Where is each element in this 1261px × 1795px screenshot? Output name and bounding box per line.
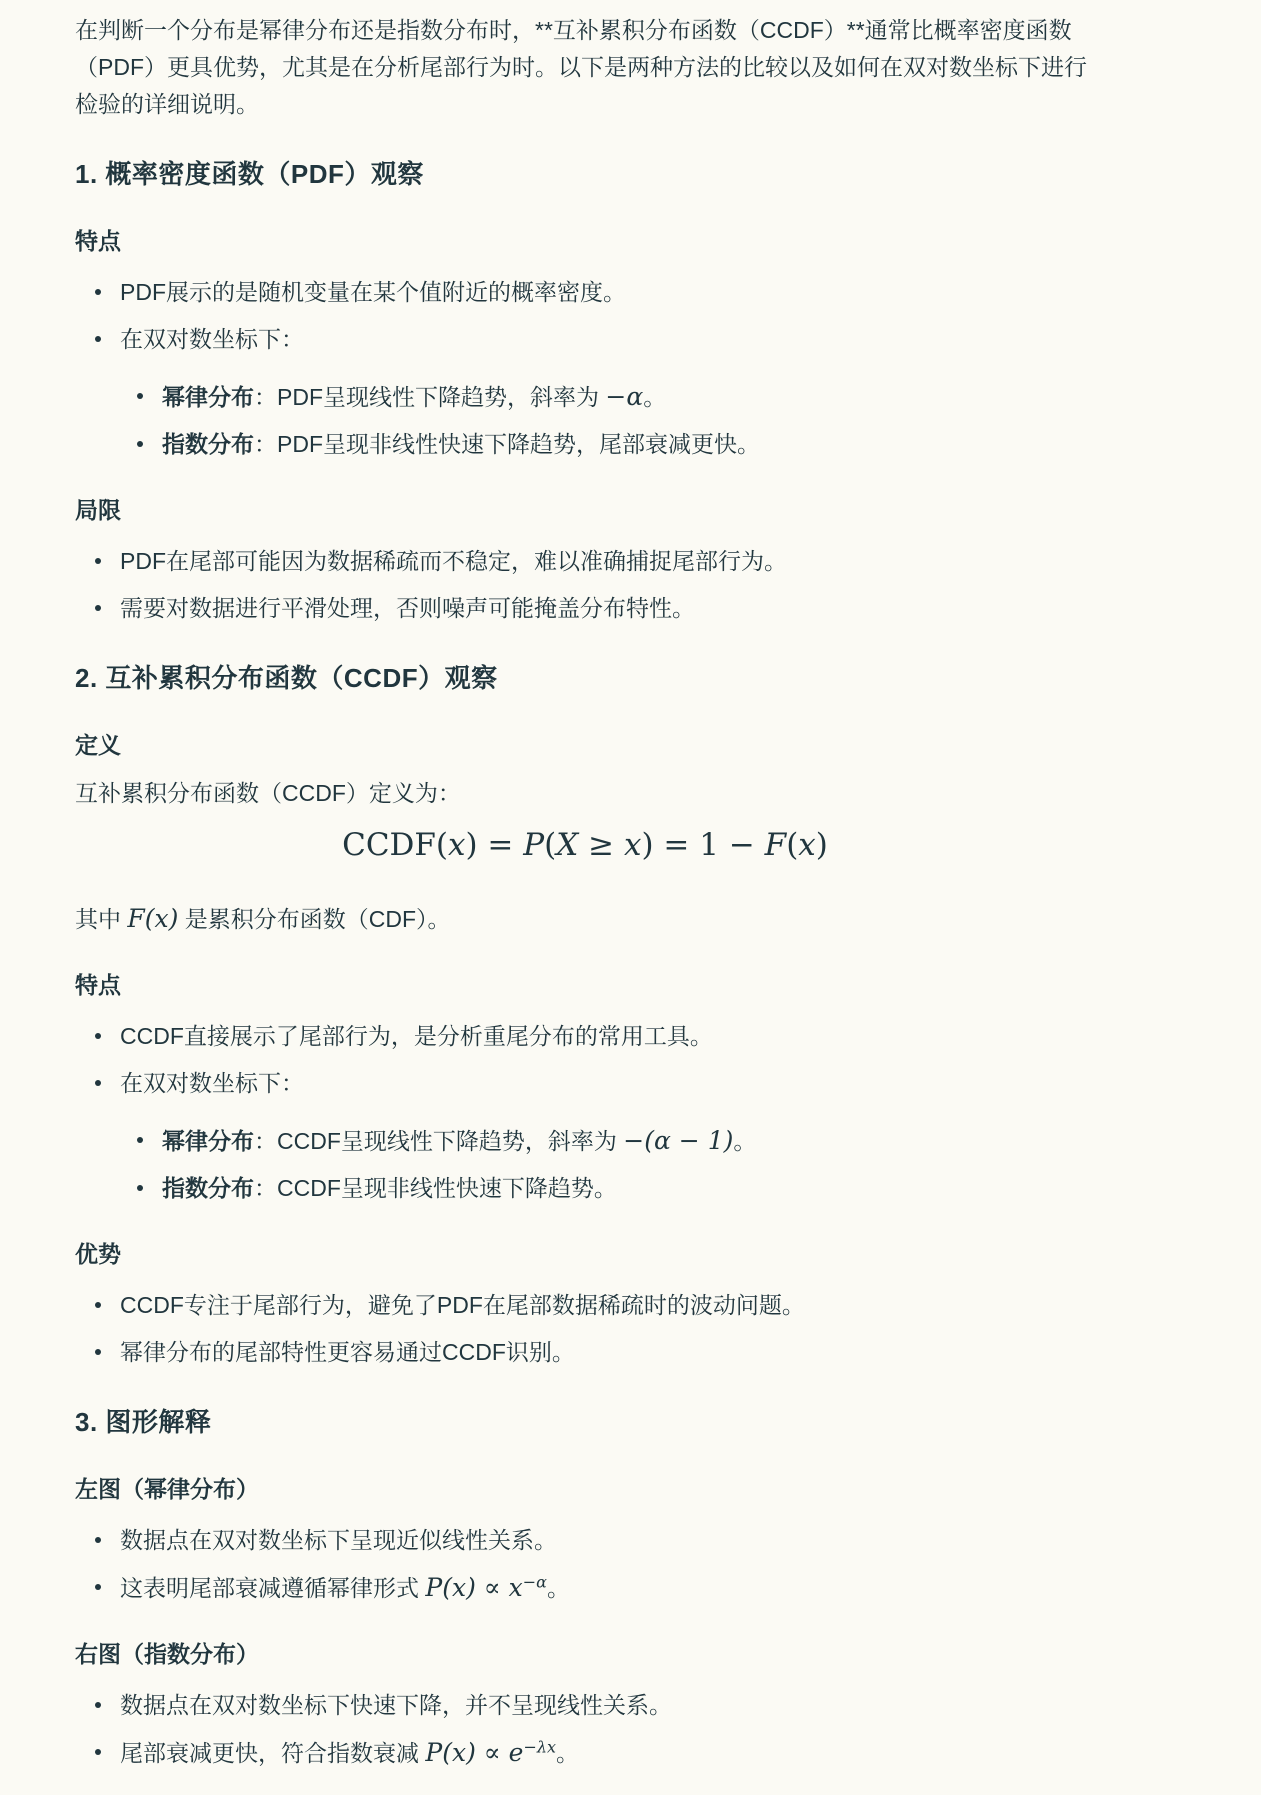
list-item: 这表明尾部衰减遵循幂律形式 P(x) ∝ x−α。 bbox=[120, 1569, 1095, 1607]
list-item-text: CCDF直接展示了尾部行为，是分析重尾分布的常用工具。 bbox=[120, 1023, 713, 1049]
list-item: CCDF直接展示了尾部行为，是分析重尾分布的常用工具。 bbox=[120, 1018, 1095, 1055]
list-item: 幂律分布：PDF呈现线性下降趋势，斜率为 −α。 bbox=[162, 378, 1095, 416]
list-item-text: 尾部衰减更快，符合指数衰减 bbox=[120, 1740, 425, 1766]
section3-right-list: 数据点在双对数坐标下快速下降，并不呈现线性关系。 尾部衰减更快，符合指数衰减 P… bbox=[75, 1687, 1095, 1772]
list-item-text: CCDF呈现线性下降趋势，斜率为 bbox=[277, 1128, 623, 1154]
list-item-text: PDF在尾部可能因为数据稀疏而不稳定，难以准确捕捉尾部行为。 bbox=[120, 548, 787, 574]
list-item-text: 幂律分布的尾部特性更容易通过CCDF识别。 bbox=[120, 1339, 575, 1365]
list-item-text: 。 bbox=[643, 384, 666, 410]
term-bold: 幂律分布 bbox=[162, 1128, 254, 1154]
section3-left-list: 数据点在双对数坐标下呈现近似线性关系。 这表明尾部衰减遵循幂律形式 P(x) ∝… bbox=[75, 1522, 1095, 1607]
list-item-text: CCDF呈现非线性快速下降趋势。 bbox=[277, 1175, 617, 1201]
section1-features-title: 特点 bbox=[75, 226, 1095, 257]
intro-paragraph: 在判断一个分布是幂律分布还是指数分布时，**互补累积分布函数（CCDF）**通常… bbox=[75, 12, 1095, 123]
formula-segment: x bbox=[798, 827, 815, 863]
list-item-text: 这表明尾部衰减遵循幂律形式 bbox=[120, 1575, 425, 1601]
term-bold: 幂律分布 bbox=[162, 384, 254, 410]
list-item: PDF展示的是随机变量在某个值附近的概率密度。 bbox=[120, 274, 1095, 311]
section1-limits-list: PDF在尾部可能因为数据稀疏而不稳定，难以准确捕捉尾部行为。 需要对数据进行平滑… bbox=[75, 543, 1095, 627]
section1-heading: 1. 概率密度函数（PDF）观察 bbox=[75, 155, 1095, 194]
list-item: 数据点在双对数坐标下快速下降，并不呈现线性关系。 bbox=[120, 1687, 1095, 1724]
inline-math: P(x) ∝ e bbox=[425, 1738, 523, 1767]
list-item: 尾部衰减更快，符合指数衰减 P(x) ∝ e−λx。 bbox=[120, 1734, 1095, 1772]
list-item: 指数分布：CCDF呈现非线性快速下降趋势。 bbox=[162, 1170, 1095, 1207]
list-item-text: PDF呈现非线性快速下降趋势，尾部衰减更快。 bbox=[277, 431, 760, 457]
nested-list: 幂律分布：CCDF呈现线性下降趋势，斜率为 −(α − 1)。 指数分布：CCD… bbox=[120, 1122, 1095, 1207]
section3-right-title: 右图（指数分布） bbox=[75, 1639, 1095, 1670]
formula-segment: x bbox=[624, 827, 641, 863]
answer-document: 在判断一个分布是幂律分布还是指数分布时，**互补累积分布函数（CCDF）**通常… bbox=[0, 0, 1261, 1772]
formula-segment: ) bbox=[816, 827, 828, 863]
term-colon: ： bbox=[254, 1128, 277, 1154]
formula-segment: P bbox=[523, 827, 544, 863]
formula-segment: X bbox=[556, 827, 578, 863]
list-item: 幂律分布：CCDF呈现线性下降趋势，斜率为 −(α − 1)。 bbox=[162, 1122, 1095, 1160]
section1-features-list: PDF展示的是随机变量在某个值附近的概率密度。 在双对数坐标下： 幂律分布：PD… bbox=[75, 274, 1095, 463]
inline-math: −α bbox=[605, 382, 643, 411]
section3-left-title: 左图（幂律分布） bbox=[75, 1474, 1095, 1505]
section2-advantages-title: 优势 bbox=[75, 1239, 1095, 1270]
cdf-note: 其中 F(x) 是累积分布函数（CDF）。 bbox=[75, 900, 1095, 938]
term-bold: 指数分布 bbox=[162, 1175, 254, 1201]
list-item-text: 数据点在双对数坐标下快速下降，并不呈现线性关系。 bbox=[120, 1692, 672, 1718]
list-item-text: 在双对数坐标下： bbox=[120, 1070, 304, 1096]
section2-definition-title: 定义 bbox=[75, 730, 1095, 761]
term-colon: ： bbox=[254, 384, 277, 410]
list-item-text: 在双对数坐标下： bbox=[120, 326, 304, 352]
formula-segment: ( bbox=[786, 827, 798, 863]
list-item-text: 需要对数据进行平滑处理，否则噪声可能掩盖分布特性。 bbox=[120, 595, 695, 621]
note-text: 是累积分布函数（CDF）。 bbox=[178, 906, 450, 932]
term-colon: ： bbox=[254, 431, 277, 457]
math-superscript: −λx bbox=[523, 1737, 556, 1756]
formula-segment: CCDF( bbox=[342, 827, 448, 863]
list-item: 在双对数坐标下： 幂律分布：PDF呈现线性下降趋势，斜率为 −α。 指数分布：P… bbox=[120, 321, 1095, 463]
section3-heading: 3. 图形解释 bbox=[75, 1403, 1095, 1442]
ccdf-display-formula: CCDF(x) = P(X ≥ x) = 1 − F(x) bbox=[75, 820, 1095, 870]
formula-segment: x bbox=[448, 827, 465, 863]
math-superscript: −α bbox=[523, 1572, 547, 1591]
list-item-text: CCDF专注于尾部行为，避免了PDF在尾部数据稀疏时的波动问题。 bbox=[120, 1292, 805, 1318]
formula-segment: ≥ bbox=[578, 827, 624, 863]
list-item: PDF在尾部可能因为数据稀疏而不稳定，难以准确捕捉尾部行为。 bbox=[120, 543, 1095, 580]
nested-list: 幂律分布：PDF呈现线性下降趋势，斜率为 −α。 指数分布：PDF呈现非线性快速… bbox=[120, 378, 1095, 463]
section2-features-list: CCDF直接展示了尾部行为，是分析重尾分布的常用工具。 在双对数坐标下： 幂律分… bbox=[75, 1018, 1095, 1207]
list-item-text: 。 bbox=[556, 1740, 579, 1766]
list-item-text: PDF展示的是随机变量在某个值附近的概率密度。 bbox=[120, 279, 626, 305]
list-item-text: 。 bbox=[733, 1128, 756, 1154]
formula-segment: ( bbox=[544, 827, 556, 863]
section2-advantages-list: CCDF专注于尾部行为，避免了PDF在尾部数据稀疏时的波动问题。 幂律分布的尾部… bbox=[75, 1287, 1095, 1371]
term-bold: 指数分布 bbox=[162, 431, 254, 457]
formula-segment: ) = bbox=[465, 827, 523, 863]
term-colon: ： bbox=[254, 1175, 277, 1201]
inline-math: F(x) bbox=[127, 904, 178, 933]
list-item: 需要对数据进行平滑处理，否则噪声可能掩盖分布特性。 bbox=[120, 590, 1095, 627]
section1-limits-title: 局限 bbox=[75, 495, 1095, 526]
section2-heading: 2. 互补累积分布函数（CCDF）观察 bbox=[75, 659, 1095, 698]
list-item: 在双对数坐标下： 幂律分布：CCDF呈现线性下降趋势，斜率为 −(α − 1)。… bbox=[120, 1065, 1095, 1207]
list-item: 指数分布：PDF呈现非线性快速下降趋势，尾部衰减更快。 bbox=[162, 426, 1095, 463]
definition-lead: 互补累积分布函数（CCDF）定义为： bbox=[75, 775, 1095, 812]
formula-segment: F bbox=[765, 827, 787, 863]
inline-math: P(x) ∝ x bbox=[425, 1573, 522, 1602]
inline-math: −(α − 1) bbox=[623, 1126, 733, 1155]
list-item-text: 数据点在双对数坐标下呈现近似线性关系。 bbox=[120, 1527, 557, 1553]
list-item: 数据点在双对数坐标下呈现近似线性关系。 bbox=[120, 1522, 1095, 1559]
list-item: 幂律分布的尾部特性更容易通过CCDF识别。 bbox=[120, 1334, 1095, 1371]
list-item-text: 。 bbox=[547, 1575, 570, 1601]
note-text: 其中 bbox=[75, 906, 127, 932]
list-item: CCDF专注于尾部行为，避免了PDF在尾部数据稀疏时的波动问题。 bbox=[120, 1287, 1095, 1324]
formula-segment: ) = 1 − bbox=[641, 827, 764, 863]
section2-features-title: 特点 bbox=[75, 970, 1095, 1001]
list-item-text: PDF呈现线性下降趋势，斜率为 bbox=[277, 384, 605, 410]
